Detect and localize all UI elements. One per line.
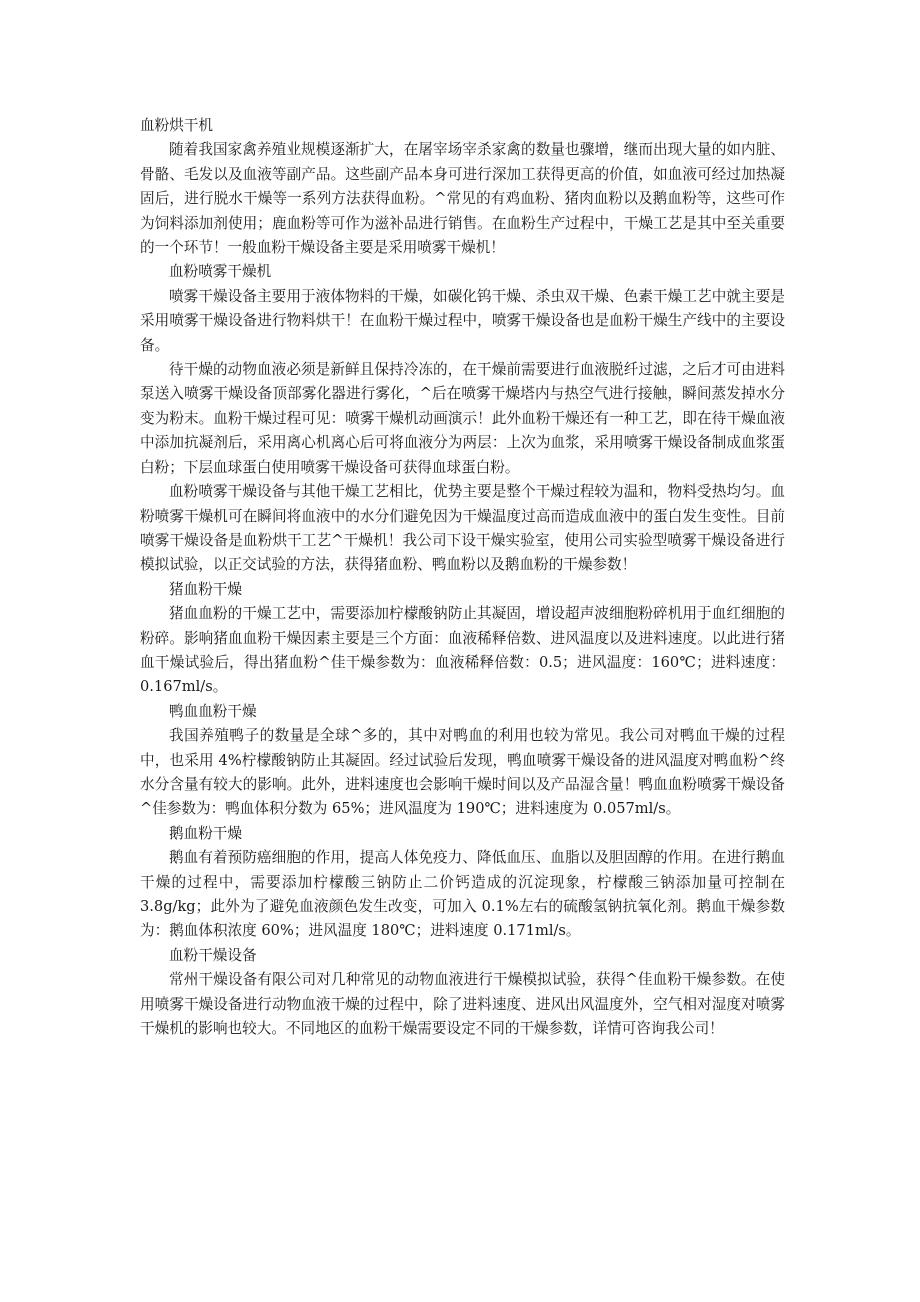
section-heading-goose-blood: 鹅血粉干燥 <box>140 822 785 846</box>
paragraph: 猪血血粉的干燥工艺中，需要添加柠檬酸钠防止其凝固，增设超声波细胞粉碎机用于血红细… <box>140 602 785 700</box>
paragraph: 我国养殖鸭子的数量是全球^多的，其中对鸭血的利用也较为常见。我公司对鸭血干燥的过… <box>140 724 785 822</box>
section-heading-spray-dryer: 血粉喷雾干燥机 <box>140 260 785 284</box>
paragraph: 常州干燥设备有限公司对几种常见的动物血液进行干燥模拟试验，获得^佳血粉干燥参数。… <box>140 968 785 1041</box>
document-page: 血粉烘干机 随着我国家禽养殖业规模逐渐扩大，在屠宰场宰杀家禽的数量也骤增，继而出… <box>140 114 785 1041</box>
document-title: 血粉烘干机 <box>140 114 785 138</box>
section-heading-duck-blood: 鸭血血粉干燥 <box>140 700 785 724</box>
paragraph: 待干燥的动物血液必须是新鲜且保持冷冻的，在干燥前需要进行血液脱纤过滤，之后才可由… <box>140 358 785 480</box>
intro-paragraph: 随着我国家禽养殖业规模逐渐扩大，在屠宰场宰杀家禽的数量也骤增，继而出现大量的如内… <box>140 138 785 260</box>
paragraph: 鹅血有着预防癌细胞的作用，提高人体免疫力、降低血压、血脂以及胆固醇的作用。在进行… <box>140 846 785 944</box>
section-heading-pig-blood: 猪血粉干燥 <box>140 578 785 602</box>
paragraph: 喷雾干燥设备主要用于液体物料的干燥，如碳化钨干燥、杀虫双干燥、色素干燥工艺中就主… <box>140 285 785 358</box>
section-heading-equipment: 血粉干燥设备 <box>140 944 785 968</box>
paragraph: 血粉喷雾干燥设备与其他干燥工艺相比，优势主要是整个干燥过程较为温和，物料受热均匀… <box>140 480 785 578</box>
